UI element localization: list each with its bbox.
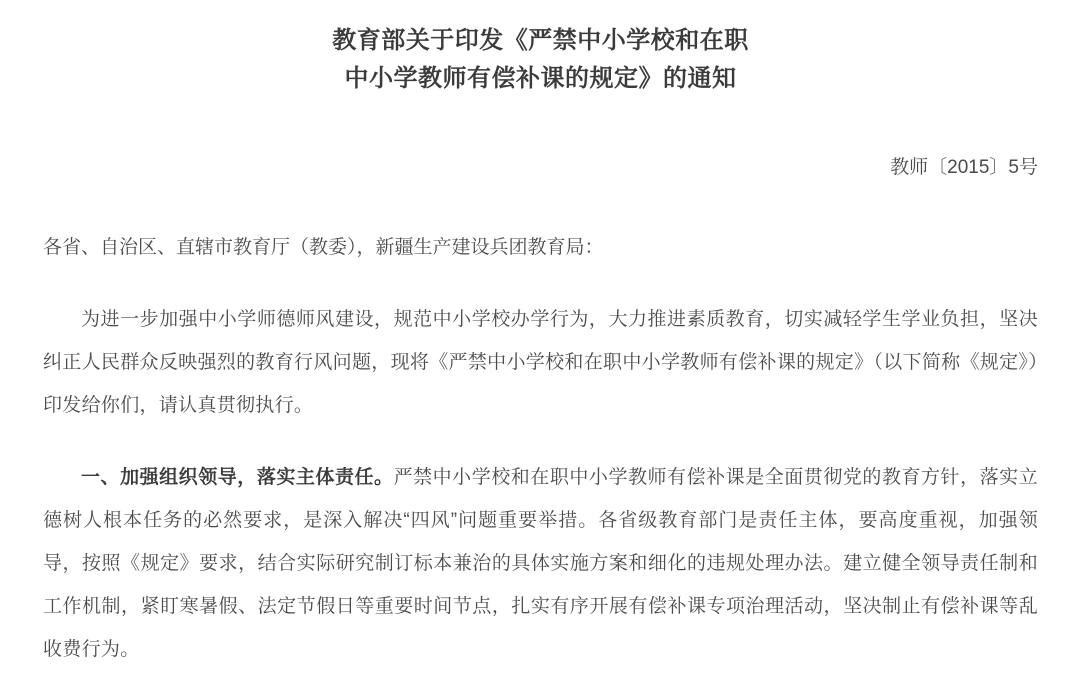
section-1-body-text: 严禁中小学校和在职中小学教师有偿补课是全面贯彻党的教育方针，落实立德树人根本任务… [43,467,1038,660]
salutation-line: 各省、自治区、直辖市教育厅（教委），新疆生产建设兵团教育局： [43,226,1038,269]
document-number: 教师〔2015〕5号 [43,156,1038,180]
document-title: 教育部关于印发《严禁中小学校和在职 中小学教师有偿补课的规定》的通知 [43,22,1038,98]
document-title-line-2: 中小学教师有偿补课的规定》的通知 [43,60,1038,98]
document-title-line-1: 教育部关于印发《严禁中小学校和在职 [43,22,1038,60]
paragraph-intro: 为进一步加强中小学师德师风建设，规范中小学校办学行为，大力推进素质教育，切实减轻… [43,298,1038,427]
paragraph-section-1: 一、加强组织领导，落实主体责任。严禁中小学校和在职中小学教师有偿补课是全面贯彻党… [43,456,1038,671]
section-1-lead-heading: 一、加强组织领导，落实主体责任。 [81,467,394,488]
document-page: 教育部关于印发《严禁中小学校和在职 中小学教师有偿补课的规定》的通知 教师〔20… [0,0,1080,678]
